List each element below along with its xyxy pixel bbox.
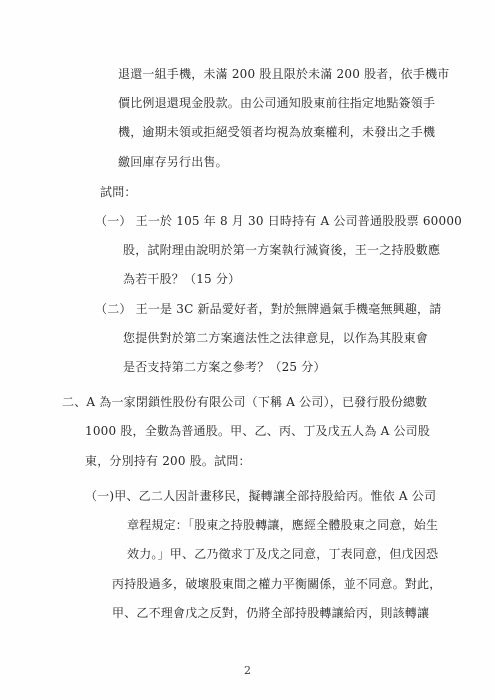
question1-prompt: 試問： (100, 186, 137, 198)
question2-subquestion1-line: 甲、乙不理會戊之反對，仍將全部持股轉讓給丙，則該轉讓 (112, 607, 429, 619)
question2-intro-line: 二、A 為一家閉鎖性股份有限公司（下稱 A 公司），已發行股份總數 (62, 396, 427, 408)
question1-subquestion1-line: （一） 王一於 105 年 8 月 30 日時持有 A 公司普通股股票 6000… (95, 215, 462, 227)
question2-subquestion1-line: 章程規定：「股東之持股轉讓，應經全體股東之同意，始生 (127, 519, 438, 531)
question1-subquestion2-line: 是否支持第二方案之參考？（25 分） (123, 361, 326, 373)
question1-body-line: 退還一組手機，未滿 200 股且限於未滿 200 股者，依手機市 (118, 68, 449, 80)
question1-body-line: 機，逾期未領或拒絕受領者均視為放棄權利，未發出之手機 (118, 126, 435, 138)
document-page: 退還一組手機，未滿 200 股且限於未滿 200 股者，依手機市 價比例退還現金… (0, 0, 495, 700)
question1-body-line: 價比例退還現金股款。由公司通知股東前往指定地點簽領手 (118, 97, 435, 109)
question1-subquestion2-line: 您提供對於第二方案適法性之法律意見，以作為其股東會 (123, 332, 428, 344)
question2-subquestion1-line: 丙持股過多，破壞股東間之權力平衡關係，並不同意。對此， (112, 578, 441, 590)
question1-subquestion1-line: 股，試附理由說明於第一方案執行減資後，王一之持股數應 (123, 244, 440, 256)
question2-intro-line: 東，分別持有 200 股。試問： (85, 455, 251, 467)
question2-subquestion1-line: （一)甲、乙二人因計畫移民，擬轉讓全部持股給丙。惟依 A 公司 (85, 490, 436, 502)
page-number: 2 (0, 665, 495, 676)
question2-intro-line: 1000 股，全數為普通股。甲、乙、丙、丁及戊五人為 A 公司股 (85, 425, 430, 437)
question1-body-line: 繳回庫存另行出售。 (118, 156, 228, 168)
question1-subquestion1-line: 為若干股？（15 分） (123, 273, 240, 285)
question1-subquestion2-line: （二） 王一是 3C 新品愛好者，對於無牌過氣手機毫無興趣，請 (95, 303, 441, 315)
question2-subquestion1-line: 效力。」甲、乙乃徵求丁及戊之同意，丁表同意，但戊因恐 (127, 548, 438, 560)
